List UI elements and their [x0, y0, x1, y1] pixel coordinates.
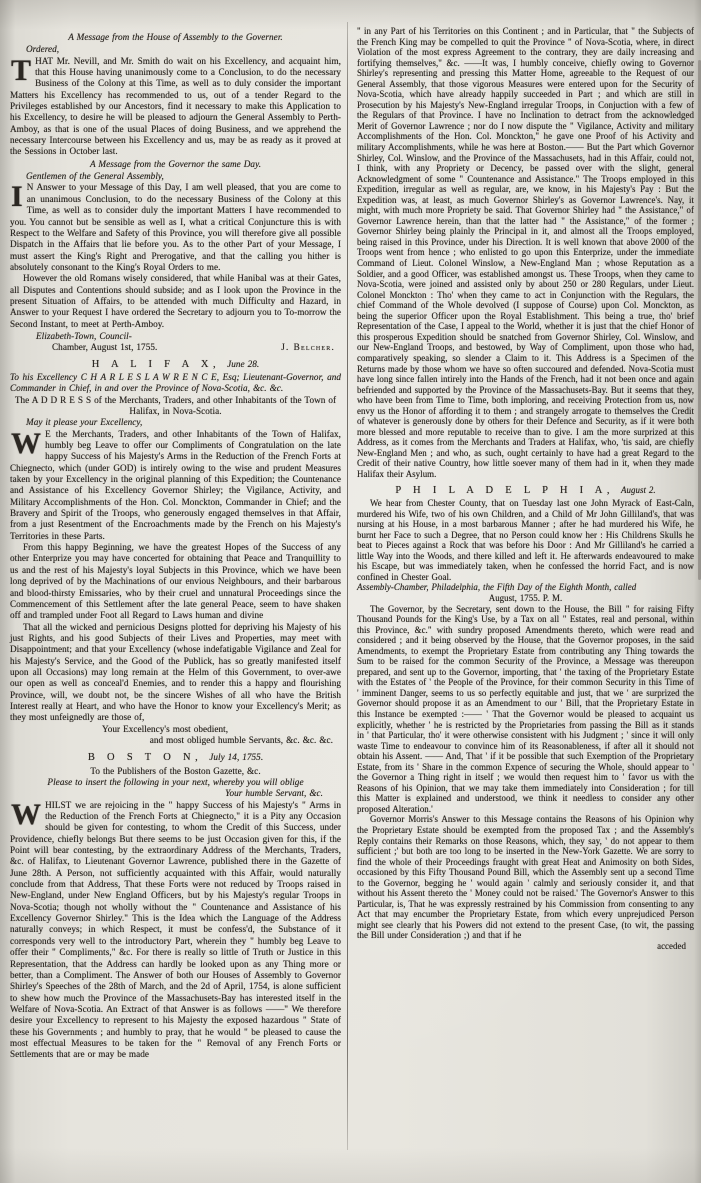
signature-block-place-date: Elizabeth-Town, Council-Chamber, August … — [36, 331, 157, 354]
governor-message-heading: A Message from the Governor the same Day… — [10, 159, 341, 170]
assembly-message-heading: A Message from the House of Assembly to … — [10, 32, 341, 43]
boston-dateline: B O S T O N,July 14, 1755. — [10, 752, 341, 763]
address-body-1-text: E the Merchants, Traders, and other Inha… — [10, 429, 341, 541]
fifty-thousand-pound-bill: The Governor, by the Secretary, sent dow… — [357, 604, 694, 815]
assembly-message-body-dropcap: T — [10, 56, 35, 83]
address-body-1: WE the Merchants, Traders, and other Inh… — [10, 429, 341, 542]
philadelphia-dateline: P H I L A D E L P H I A,August 2. — [357, 485, 694, 497]
right-column: " in any Part of his Territories on this… — [357, 26, 694, 952]
halifax-dateline: H A L I F A X,June 28. — [10, 359, 341, 370]
boston-dateline-place: B O S T O N, — [88, 752, 202, 763]
salutation: Gentlemen of the General Assembly, — [10, 171, 341, 182]
address-salutation: May it please your Excellency, — [10, 417, 341, 428]
assembly-message-body: THAT Mr. Nevill, and Mr. Smith do wait o… — [10, 56, 341, 158]
governor-message-body-text: N Answer to your Message of this Day, I … — [10, 182, 341, 271]
signature-block-name: J. Belcher. — [281, 342, 335, 353]
assembly-message-body-text: HAT Mr. Nevill, and Mr. Smith do wait on… — [10, 56, 341, 157]
left-column: A Message from the House of Assembly to … — [10, 31, 341, 1061]
address-title: The A D D R E S S of the Merchants, Trad… — [10, 395, 341, 418]
halifax-dateline-date: June 28. — [227, 359, 259, 369]
governor-message-body-dropcap: I — [10, 182, 27, 209]
governor-message-body: IN Answer to your Message of this Day, I… — [10, 182, 341, 273]
boston-letter-body: WHILST we are rejoicing in the " happy S… — [10, 800, 341, 1061]
governor-morris-answer: Governor Morris's Answer to this Message… — [357, 814, 694, 941]
address-body-3: That all the wicked and pernicious Desig… — [10, 622, 341, 724]
boston-dateline-date: July 14, 1755. — [209, 752, 263, 762]
closing-2: and most obliged humble Servants, &c. &c… — [10, 735, 341, 746]
address-to-lawrence: To his Excellency C H A R L E S L A W R … — [10, 372, 341, 395]
chester-county-report: We hear from Chester County, that on Tue… — [357, 498, 694, 582]
assembly-chamber-dateline-line2: August, 1755. P. M. — [357, 593, 694, 604]
signature-block-line2: Chamber, August 1st, 1755. — [36, 342, 157, 353]
boston-letter-body-text: HILST we are rejoicing in the " happy Su… — [10, 800, 341, 1060]
insert-request: Please to insert the following in your n… — [10, 777, 341, 800]
assembly-chamber-dateline-line1: Assembly-Chamber, Philadelphia, the Fift… — [357, 582, 694, 593]
closing-1: Your Excellency's most obedient, — [10, 724, 341, 735]
signature-block-line1: Elizabeth-Town, Council- — [36, 331, 132, 341]
assembly-chamber-dateline: Assembly-Chamber, Philadelphia, the Fift… — [357, 582, 694, 603]
address-body-1-dropcap: W — [10, 429, 45, 456]
governor-message-body-2: However the old Romans wisely considered… — [10, 273, 341, 330]
insert-request-line2: Your humble Servant, &c. — [10, 788, 341, 799]
ordered-label: Ordered, — [10, 44, 341, 55]
insert-request-line1: Please to insert the following in your n… — [10, 777, 341, 788]
philadelphia-dateline-place: P H I L A D E L P H I A, — [395, 485, 614, 496]
address-body-2: From this happy Beginning, we have the g… — [10, 542, 341, 621]
halifax-dateline-place: H A L I F A X, — [92, 359, 220, 370]
philadelphia-dateline-date: August 2. — [621, 485, 656, 495]
catchword: acceded — [357, 941, 694, 952]
boston-letter-body-dropcap: W — [10, 800, 45, 827]
boston-letter-continued: " in any Part of his Territories on this… — [357, 26, 694, 480]
boston-addressee: To the Publishers of the Boston Gazette,… — [10, 766, 341, 777]
column-divider-rule — [347, 22, 348, 1150]
signature-block: Elizabeth-Town, Council-Chamber, August … — [10, 331, 341, 354]
